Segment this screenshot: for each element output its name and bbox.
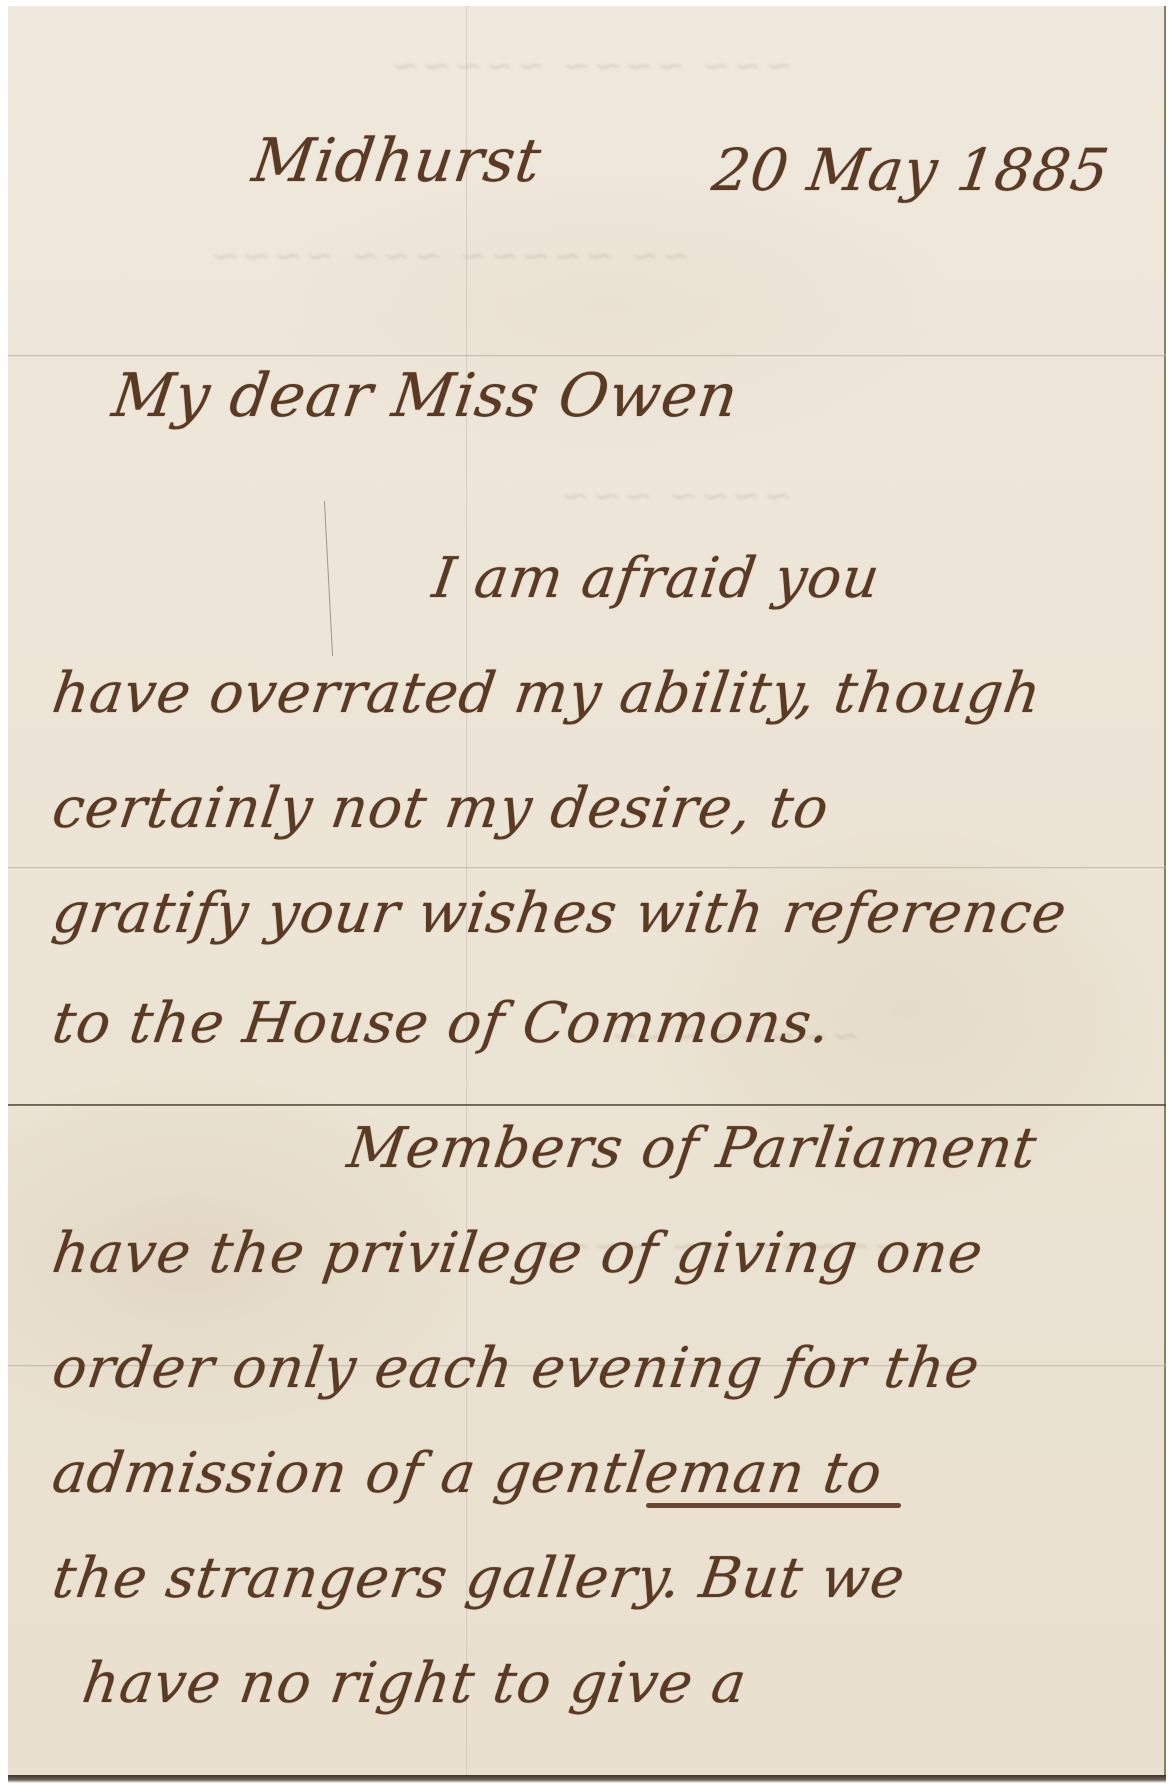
bleed-through-text: ~~ ~~~~~ ~~~ ~~~~: [208, 236, 690, 276]
horizontal-fold: [8, 866, 1166, 869]
body-line-5: to the House of Commons.: [49, 996, 834, 1052]
pencil-mark: [324, 501, 333, 656]
body-line-3: certainly not my desire, to: [49, 781, 832, 837]
gentleman-underline: [646, 1503, 901, 1508]
horizontal-fold: [8, 354, 1166, 357]
torn-crease: [8, 1104, 1166, 1106]
salutation: My dear Miss Owen: [109, 366, 742, 426]
letter-date: 20 May 1885: [709, 141, 1113, 199]
body-line-8: order only each evening for the: [49, 1341, 983, 1397]
body-line-6: Members of Parliament: [344, 1121, 1040, 1177]
body-line-9: admission of a gentleman to: [49, 1446, 886, 1502]
body-line-2: have overrated my ability, though: [49, 666, 1045, 722]
torn-bottom-edge: [8, 1775, 1166, 1783]
letter-place: Midhurst: [249, 131, 545, 191]
body-line-7: have the privilege of giving one: [49, 1226, 987, 1282]
body-line-1: I am afraid you: [429, 551, 883, 607]
bleed-through-text: ~~~ ~~~~ ~~~~~: [388, 46, 793, 86]
body-line-11: have no right to give a: [79, 1656, 750, 1712]
body-line-4: gratify your wishes with reference: [49, 886, 1070, 942]
body-line-10: the strangers gallery. But we: [49, 1551, 909, 1607]
bleed-through-text: ~~~~ ~~~: [558, 476, 792, 516]
letter-page: ~~~ ~~~~ ~~~~~ ~~ ~~~~~ ~~~ ~~~~ ~~~~ ~~…: [8, 6, 1166, 1778]
